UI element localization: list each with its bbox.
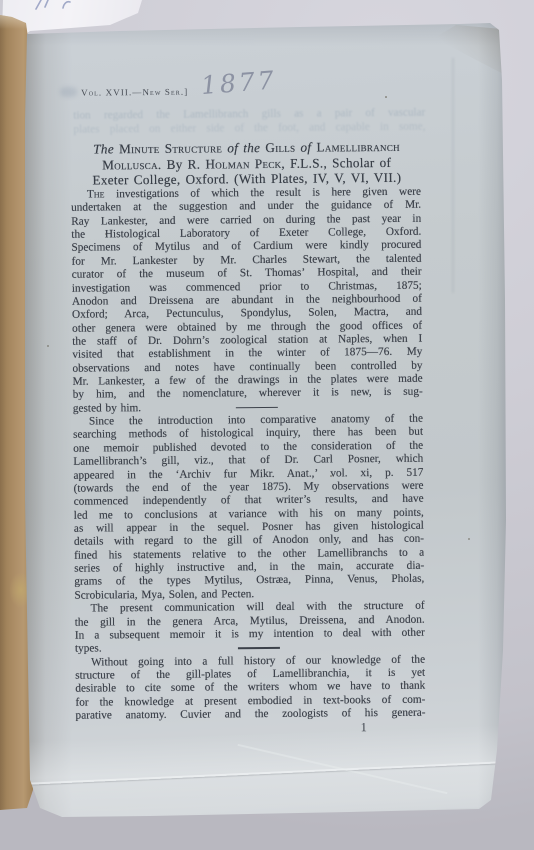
handwritten-year: 1877 [200, 65, 278, 100]
text-segment: , F.L.S., Scholar of [281, 155, 391, 171]
article-body: The investigations of which the result i… [71, 186, 426, 723]
text-segment: Mollusca. [102, 157, 161, 173]
text-segment: Minute Structure [119, 140, 227, 156]
paragraph: Without going into a full history of our… [75, 653, 426, 723]
text-segment: The [87, 188, 105, 200]
paragraph: The investigations of which the result i… [71, 186, 423, 416]
text-segment: of [300, 140, 316, 155]
journal-page: Vol. XVII.—New Ser.] 1877 tion regarded … [0, 0, 534, 850]
text-segment: Exeter College, Oxford. (With Plates, IV… [92, 170, 401, 188]
showthrough-text: tion regarded the Lamellibranch gills as… [73, 107, 425, 137]
page-content: Vol. XVII.—New Ser.] 1877 tion regarded … [0, 0, 534, 850]
paragraph: Since the introduction into comparative … [73, 413, 425, 603]
text-segment: Gills [265, 140, 300, 155]
photo-background: Vol. XVII.—New Ser.] 1877 tion regarded … [0, 0, 534, 850]
text-segment: Holman Peck [205, 155, 281, 171]
volume-header: Vol. XVII.—New Ser.] [81, 87, 188, 98]
text-segment: Lamellibranch [316, 139, 400, 155]
text-segment: of the [227, 140, 265, 155]
text-line: parative anatomy. Cuvier and the zoologi… [75, 707, 425, 723]
article-title: The Minute Structure of the Gills of Lam… [70, 139, 424, 189]
showthrough-line: plates placed on either side of the foot… [73, 120, 425, 137]
text-segment: The [93, 141, 119, 156]
paragraph: The present communication will deal with… [75, 600, 425, 656]
page-number: 1 [361, 720, 367, 735]
section-divider-dash [236, 407, 278, 409]
text-segment: investigations of which the result is he… [105, 186, 422, 201]
section-divider-dash [238, 647, 280, 649]
text-segment: By R. [161, 156, 205, 171]
